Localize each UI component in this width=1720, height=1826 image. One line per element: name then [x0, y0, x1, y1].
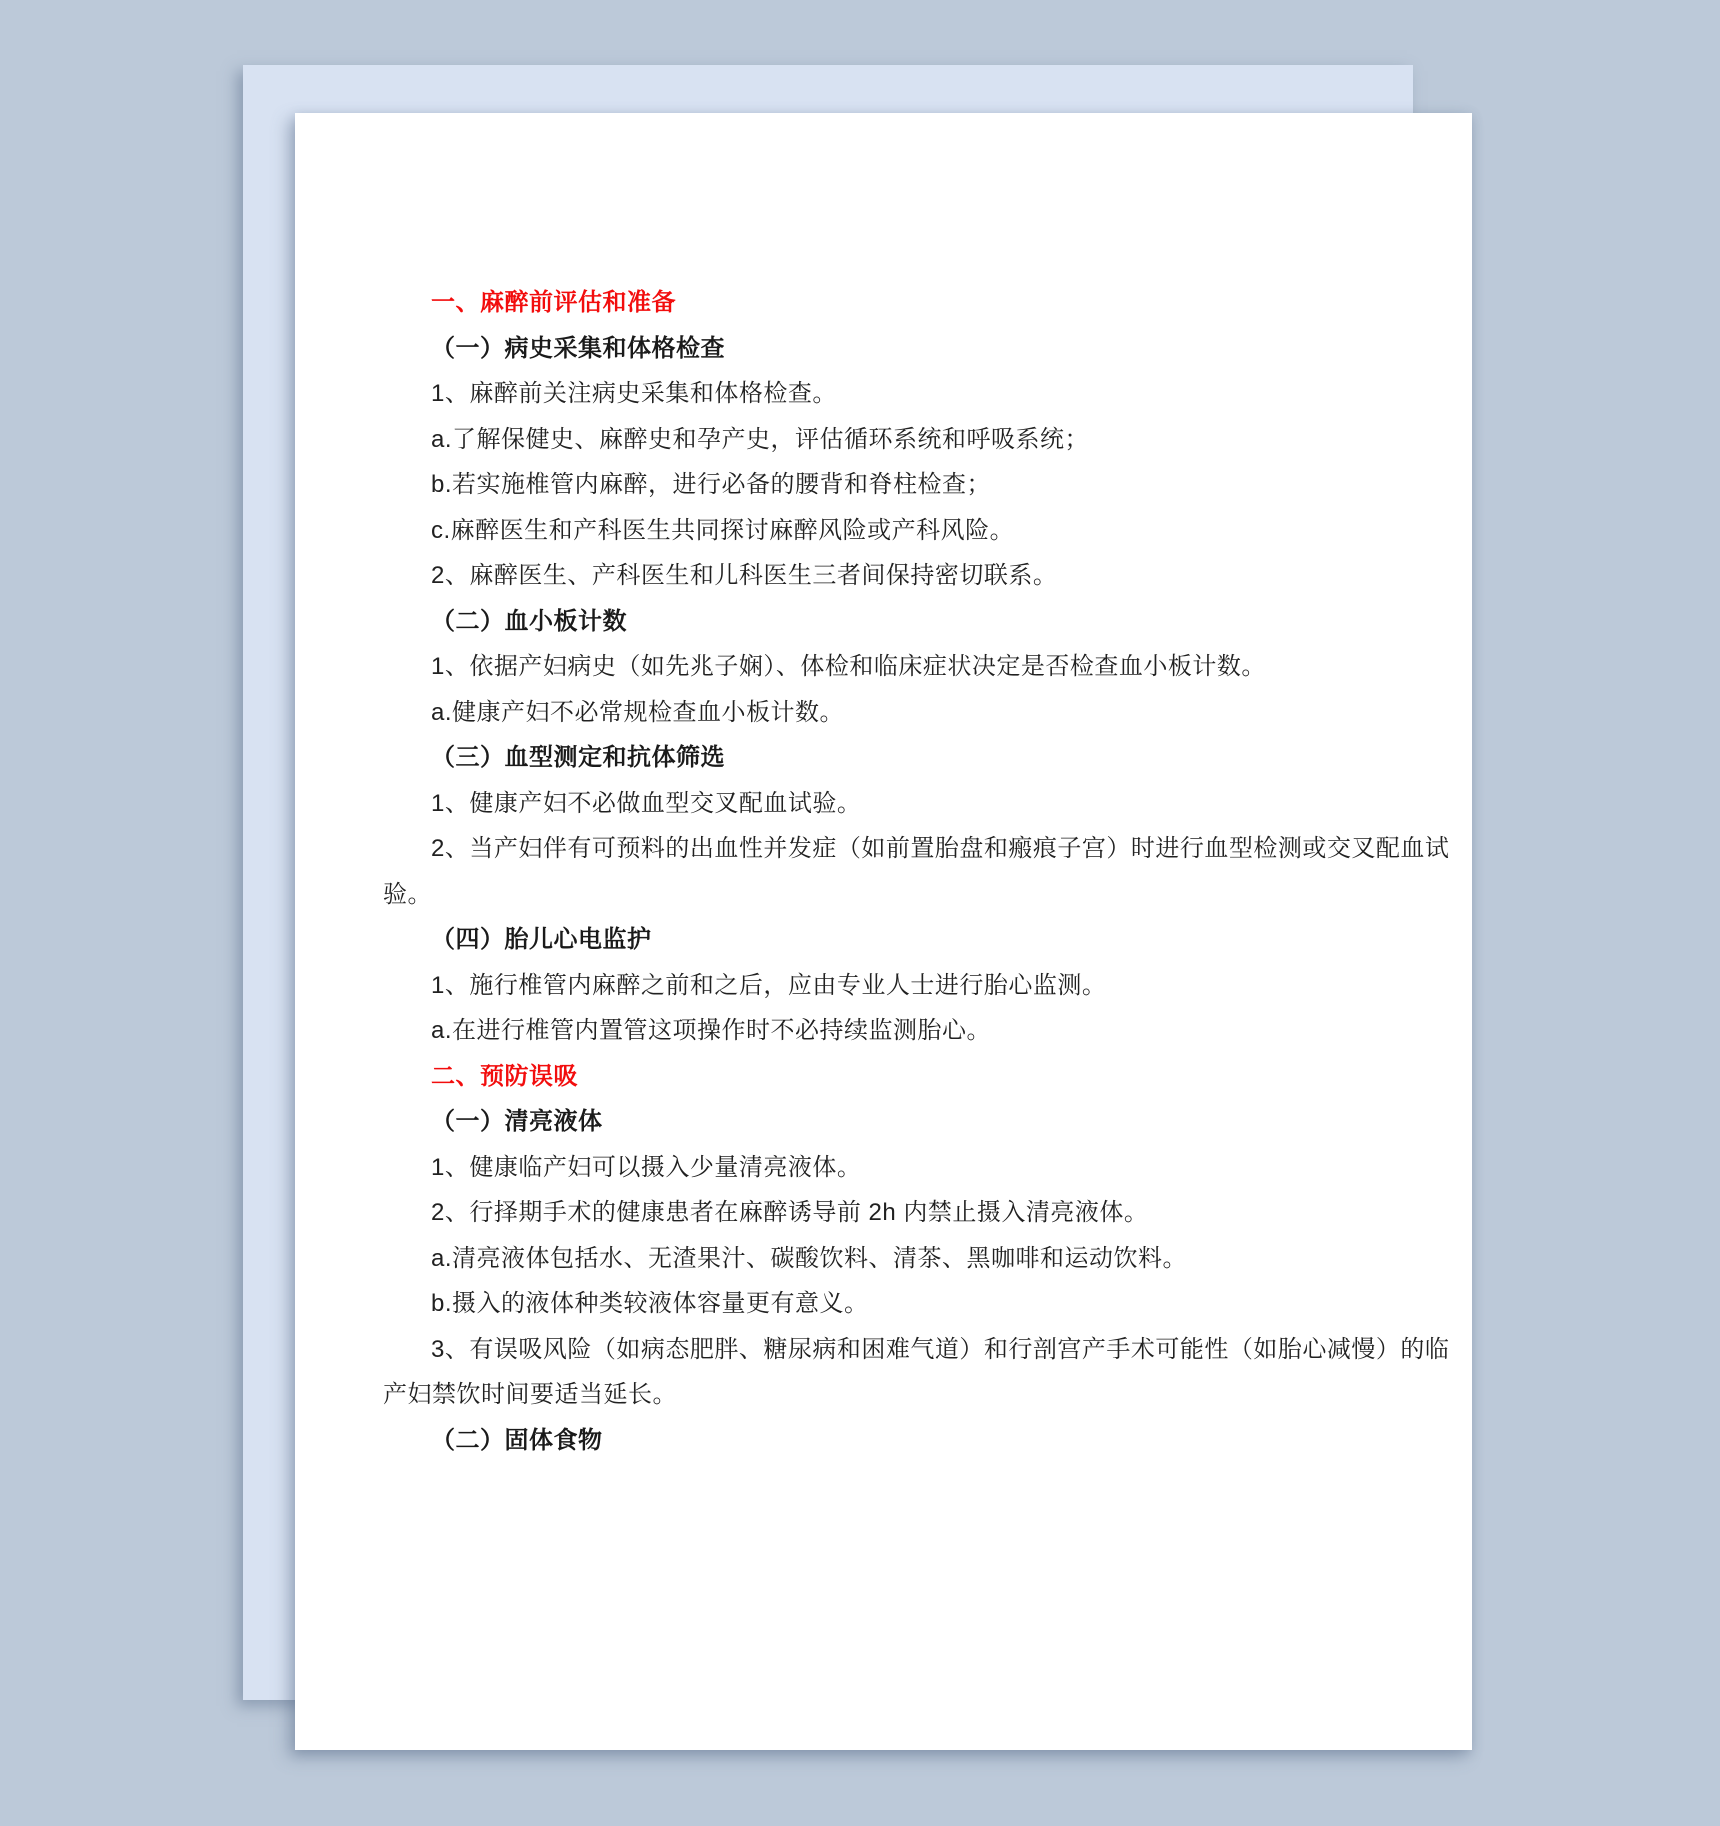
text-line: 验。: [383, 872, 1438, 918]
text-line: 2、行择期手术的健康患者在麻醉诱导前 2h 内禁止摄入清亮液体。: [383, 1190, 1438, 1236]
text-line: （二）固体食物: [383, 1418, 1438, 1464]
text-line: （四）胎儿心电监护: [383, 917, 1438, 963]
text-line: c.麻醉医生和产科医生共同探讨麻醉风险或产科风险。: [383, 508, 1438, 554]
text-line: （一）病史采集和体格检查: [383, 326, 1438, 372]
text-line: （三）血型测定和抗体筛选: [383, 735, 1438, 781]
document-text-block: 一、麻醉前评估和准备（一）病史采集和体格检查1、麻醉前关注病史采集和体格检查。a…: [383, 280, 1438, 1463]
text-line: a.了解保健史、麻醉史和孕产史，评估循环系统和呼吸系统；: [383, 417, 1438, 463]
text-line: 一、麻醉前评估和准备: [383, 280, 1438, 326]
text-line: （二）血小板计数: [383, 599, 1438, 645]
text-line: 1、施行椎管内麻醉之前和之后，应由专业人士进行胎心监测。: [383, 963, 1438, 1009]
text-line: 1、健康临产妇可以摄入少量清亮液体。: [383, 1145, 1438, 1191]
text-line: 1、依据产妇病史（如先兆子娴）、体检和临床症状决定是否检查血小板计数。: [383, 644, 1438, 690]
text-line: 2、当产妇伴有可预料的出血性并发症（如前置胎盘和瘢痕子宫）时进行血型检测或交叉配…: [383, 826, 1438, 872]
text-line: 二、预防误吸: [383, 1054, 1438, 1100]
text-line: 产妇禁饮时间要适当延长。: [383, 1372, 1438, 1418]
text-line: 1、麻醉前关注病史采集和体格检查。: [383, 371, 1438, 417]
text-line: a.在进行椎管内置管这项操作时不必持续监测胎心。: [383, 1008, 1438, 1054]
text-line: b.若实施椎管内麻醉，进行必备的腰背和脊柱检查；: [383, 462, 1438, 508]
text-line: b.摄入的液体种类较液体容量更有意义。: [383, 1281, 1438, 1327]
text-line: 1、健康产妇不必做血型交叉配血试验。: [383, 781, 1438, 827]
text-line: a.清亮液体包括水、无渣果汁、碳酸饮料、清茶、黑咖啡和运动饮料。: [383, 1236, 1438, 1282]
text-line: 3、有误吸风险（如病态肥胖、糖尿病和困难气道）和行剖宫产手术可能性（如胎心减慢）…: [383, 1327, 1438, 1373]
text-line: a.健康产妇不必常规检查血小板计数。: [383, 690, 1438, 736]
desk-background: 一、麻醉前评估和准备（一）病史采集和体格检查1、麻醉前关注病史采集和体格检查。a…: [0, 0, 1720, 1826]
text-line: 2、麻醉医生、产科医生和儿科医生三者间保持密切联系。: [383, 553, 1438, 599]
text-line: （一）清亮液体: [383, 1099, 1438, 1145]
document-page: 一、麻醉前评估和准备（一）病史采集和体格检查1、麻醉前关注病史采集和体格检查。a…: [295, 113, 1472, 1750]
